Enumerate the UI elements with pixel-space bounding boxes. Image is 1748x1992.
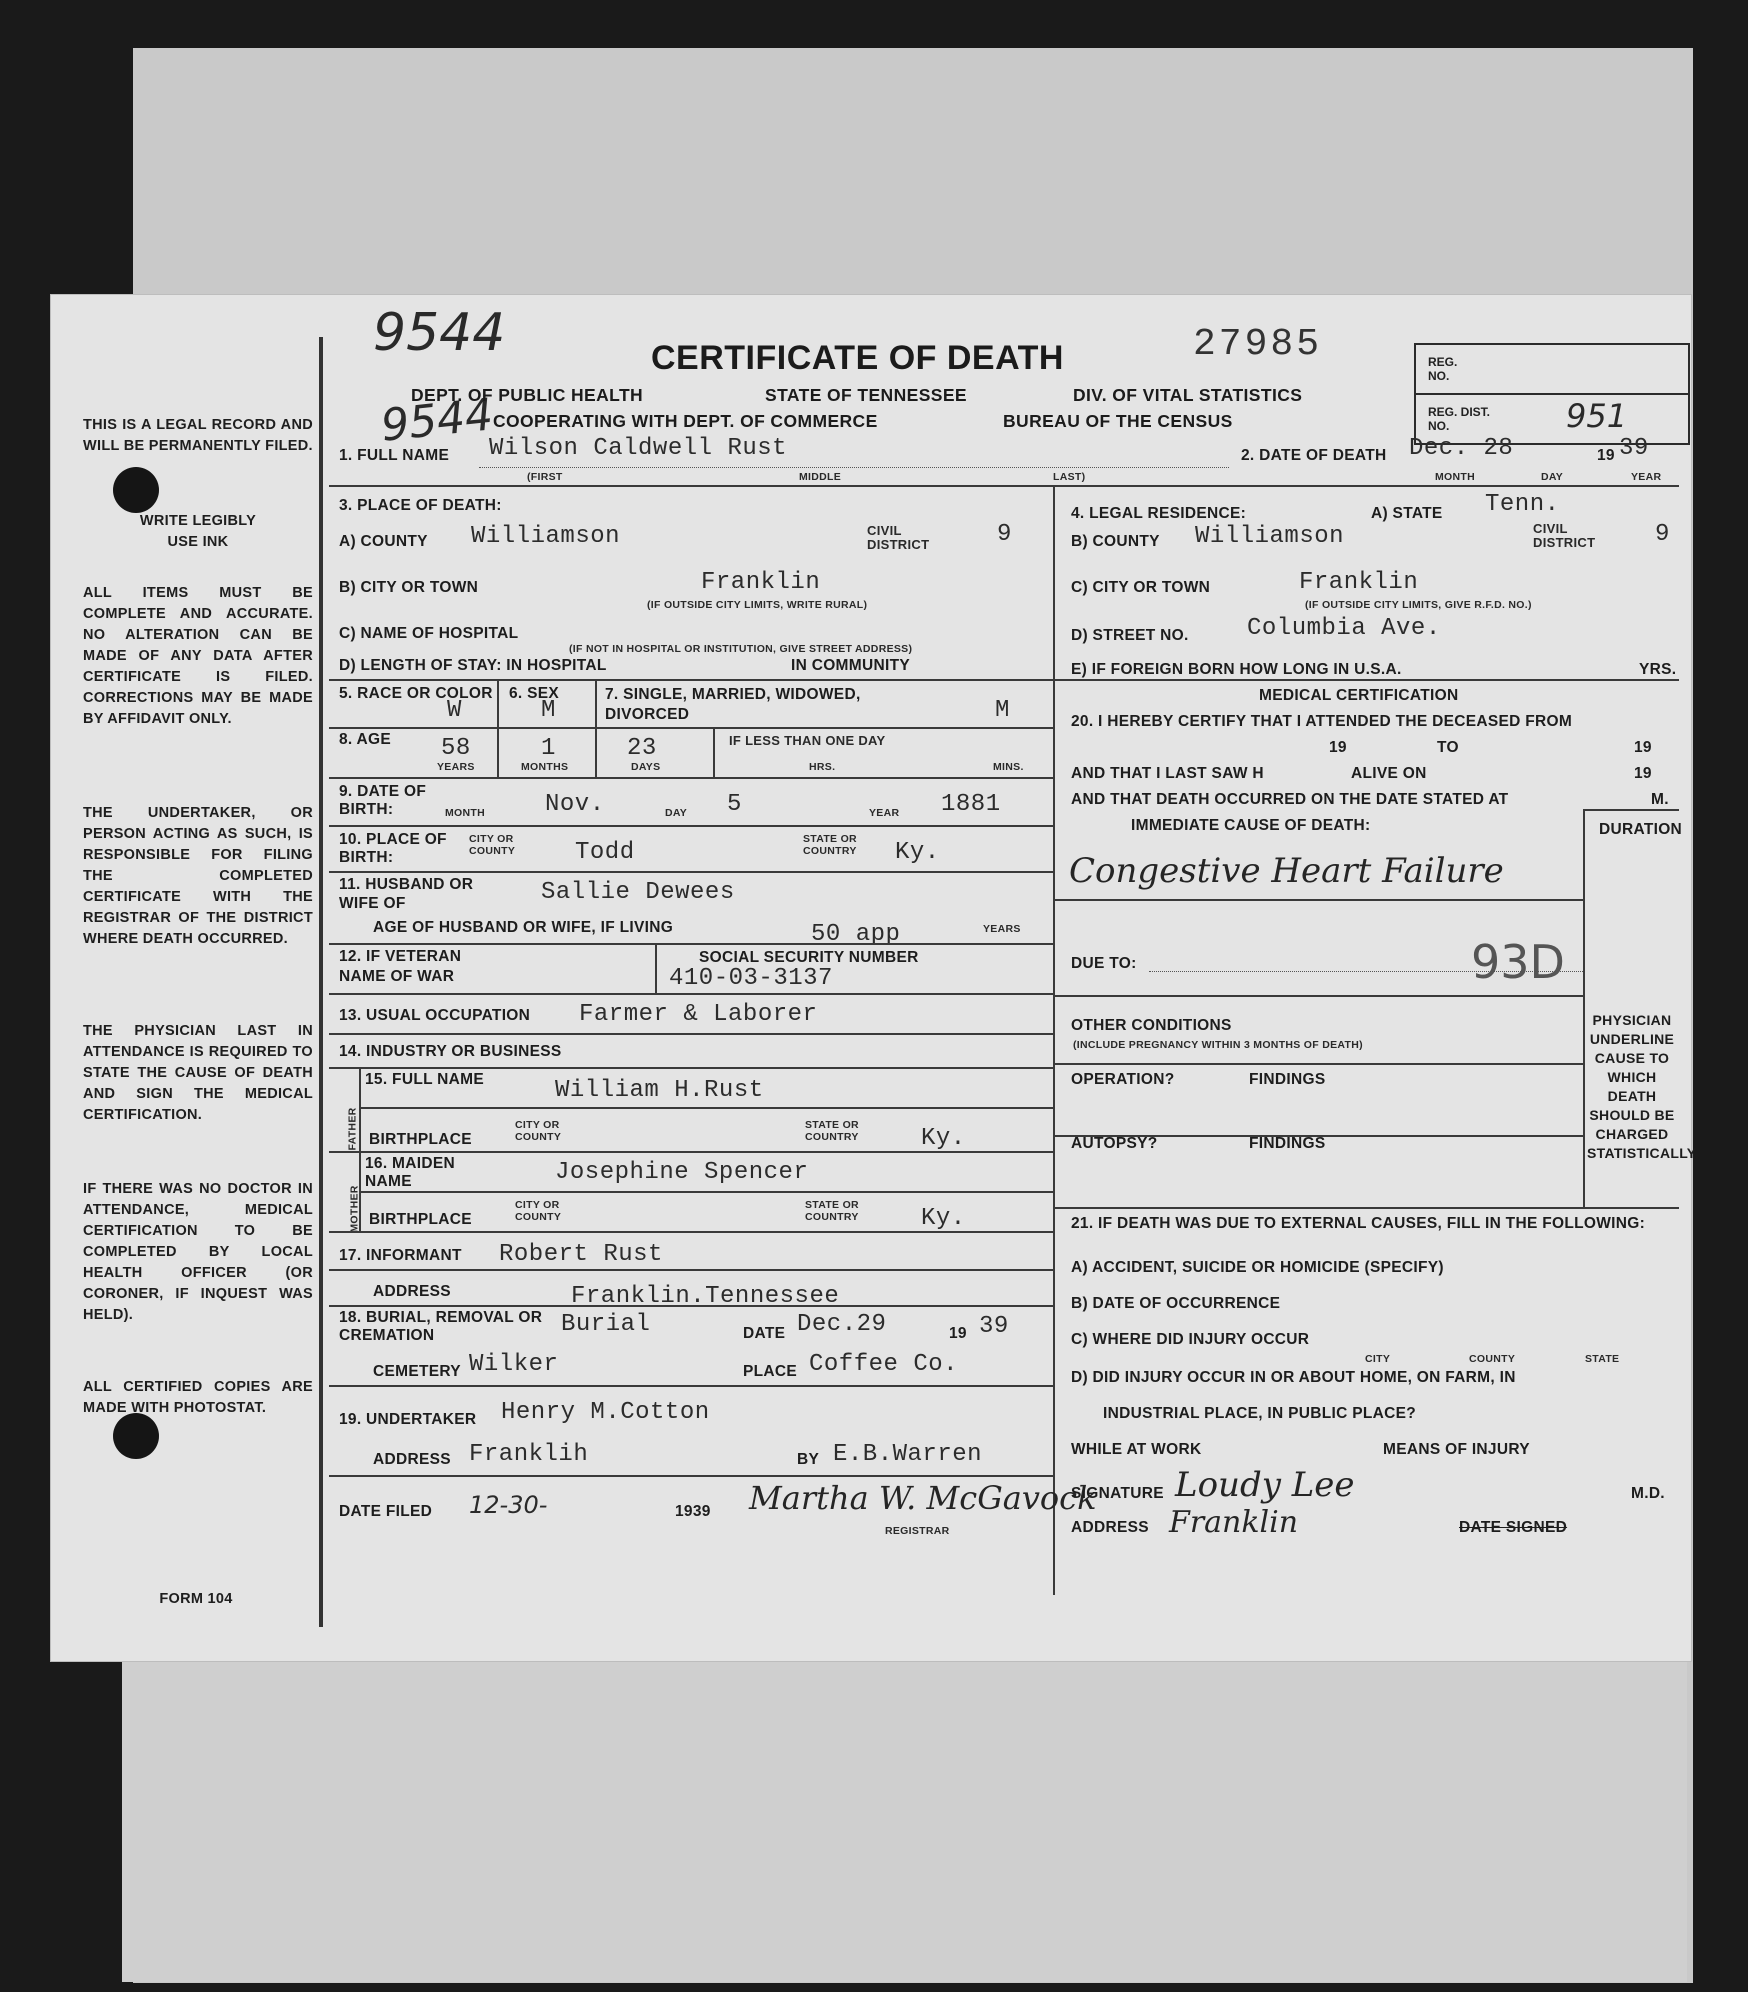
operation-findings-label: FINDINGS (1249, 1071, 1325, 1089)
birthplace-label: 10. PLACE OF BIRTH: (339, 831, 449, 867)
undertaker-label: 19. UNDERTAKER (339, 1411, 476, 1429)
instructions-sidebar: THIS IS A LEGAL RECORD AND WILL BE PERMA… (51, 295, 319, 1661)
death-city-note: (IF OUTSIDE CITY LIMITS, WRITE RURAL) (647, 599, 867, 611)
street-label: D) STREET NO. (1071, 627, 1189, 645)
cooperating-commerce: COOPERATING WITH DEPT. OF COMMERCE (493, 411, 878, 432)
state-of-tennessee: STATE OF TENNESSEE (765, 385, 967, 406)
death-certificate: THIS IS A LEGAL RECORD AND WILL BE PERMA… (50, 294, 1692, 1662)
rule (329, 727, 1053, 729)
operation-label: OPERATION? (1071, 1071, 1174, 1089)
state-country-caption: STATE OR COUNTRY (805, 1199, 875, 1223)
from-year-prefix: 19 (1329, 739, 1347, 757)
father-tag: FATHER (347, 1107, 359, 1150)
age-days-value: 23 (627, 735, 657, 762)
undertaker-by-value: E.B.Warren (833, 1441, 982, 1468)
rule (329, 679, 1053, 681)
date-signed-label: DATE SIGNED (1459, 1519, 1567, 1537)
burial-place-value: Coffee Co. (809, 1351, 958, 1378)
father-name-label: 15. FULL NAME (365, 1071, 505, 1089)
registration-box: REG. NO. REG. DIST. NO. 951 (1414, 343, 1690, 445)
punch-hole-bottom (113, 1413, 159, 1459)
rule (713, 727, 715, 777)
rule (329, 1305, 1053, 1307)
full-name-label: 1. FULL NAME (339, 447, 449, 465)
undertaker-address-label: ADDRESS (373, 1451, 451, 1469)
year-caption: YEAR (1631, 471, 1661, 483)
rule (329, 1231, 1053, 1233)
middle-caption: MIDDLE (799, 471, 841, 483)
date-filed-value: 12-30- (469, 1491, 547, 1519)
city-county-caption: CITY OR COUNTY (469, 833, 529, 857)
father-birth-state-value: Ky. (921, 1125, 966, 1152)
district-label: DISTRICT (1533, 535, 1595, 550)
rule (359, 1191, 1053, 1193)
physician-underline-note: PHYSICIAN UNDERLINE CAUSE TO WHICH DEATH… (1587, 1011, 1677, 1163)
file-number-top: 9544 (373, 303, 505, 363)
rule (329, 1269, 1053, 1271)
signature-label: SIGNATURE (1071, 1485, 1164, 1503)
birth-year-value: 1881 (941, 791, 1001, 818)
autopsy-label: AUTOPSY? (1071, 1135, 1158, 1153)
registrar-caption: REGISTRAR (885, 1525, 950, 1537)
physician-signature: Loudy Lee (1175, 1465, 1355, 1505)
reg-dist-label: REG. DIST. NO. (1428, 405, 1508, 433)
father-name-value: William H.Rust (555, 1077, 764, 1104)
reg-dist-value: 951 (1566, 397, 1627, 435)
first-caption: (FIRST (527, 471, 563, 483)
external-causes-label: 21. IF DEATH WAS DUE TO EXTERNAL CAUSES,… (1071, 1215, 1671, 1233)
rule (329, 1067, 1053, 1069)
informant-label: 17. INFORMANT (339, 1247, 462, 1265)
marital-status-label: 7. SINGLE, MARRIED, WIDOWED, DIVORCED (605, 685, 885, 725)
year-prefix: 19 (1597, 447, 1615, 465)
attended-from-label: 20. I HEREBY CERTIFY THAT I ATTENDED THE… (1071, 713, 1572, 731)
day-caption: DAY (665, 807, 687, 819)
years-caption: YEARS (983, 923, 1021, 935)
disposition-value: Burial (561, 1311, 650, 1338)
rule (595, 679, 597, 727)
state-country-caption: STATE OR COUNTRY (805, 1119, 875, 1143)
veteran-label: 12. IF VETERAN NAME OF WAR (339, 947, 479, 987)
occupation-value: Farmer & Laborer (579, 1001, 817, 1028)
burial-date-value: Dec.29 (797, 1311, 886, 1338)
death-county-value: Williamson (471, 523, 620, 550)
last-caption: LAST) (1053, 471, 1085, 483)
year-caption: YEAR (869, 807, 899, 819)
birth-county-value: Todd (575, 839, 635, 866)
day-caption: DAY (1541, 471, 1563, 483)
rule (655, 943, 657, 993)
burial-year-prefix: 19 (949, 1325, 967, 1343)
residence-state-label: A) STATE (1371, 505, 1443, 523)
undertaker-value: Henry M.Cotton (501, 1399, 710, 1426)
other-conditions-note: (INCLUDE PREGNANCY WITHIN 3 MONTHS OF DE… (1073, 1039, 1363, 1051)
residence-city-note: (IF OUTSIDE CITY LIMITS, GIVE R.F.D. NO.… (1305, 599, 1532, 611)
alive-on-label: ALIVE ON (1351, 765, 1427, 783)
race-label: 5. RACE OR COLOR (339, 685, 493, 703)
rule (329, 777, 1053, 779)
death-city-value: Franklin (701, 569, 820, 596)
county-caption: COUNTY (1469, 1353, 1515, 1365)
burial-place-label: PLACE (743, 1363, 797, 1381)
street-value: Columbia Ave. (1247, 615, 1441, 642)
physician-address-value: Franklin (1169, 1505, 1298, 1540)
age-label: 8. AGE (339, 731, 391, 749)
rule (1583, 809, 1585, 1207)
years-caption: YEARS (437, 761, 475, 773)
no-doctor-note: IF THERE WAS NO DOCTOR IN ATTENDANCE, ME… (83, 1179, 313, 1326)
while-at-work-label: WHILE AT WORK (1071, 1441, 1201, 1459)
rule (1053, 679, 1679, 681)
rule (329, 485, 1679, 487)
rule (329, 1151, 1053, 1153)
length-of-stay-label: D) LENGTH OF STAY: IN HOSPITAL (339, 657, 607, 675)
less-than-day-caption: IF LESS THAN ONE DAY (729, 733, 885, 748)
due-to-label: DUE TO: (1071, 955, 1137, 973)
state-country-caption: STATE OR COUNTRY (803, 833, 873, 857)
registrar-signature: Martha W. McGavock (749, 1479, 1096, 1517)
immediate-cause-label: IMMEDIATE CAUSE OF DEATH: (1131, 817, 1370, 835)
rule (479, 467, 1229, 468)
death-occurred-label: AND THAT DEATH OCCURRED ON THE DATE STAT… (1071, 791, 1508, 809)
injury-place-label-2: INDUSTRIAL PLACE, IN PUBLIC PLACE? (1103, 1405, 1416, 1423)
residence-county-label: B) COUNTY (1071, 533, 1160, 551)
certificate-form: 1. FULL NAME Wilson Caldwell Rust (FIRST… (329, 435, 1679, 1635)
spouse-label: 11. HUSBAND OR WIFE OF (339, 875, 499, 913)
rule (595, 727, 597, 777)
month-caption: MONTH (445, 807, 485, 819)
hrs-caption: HRS. (809, 761, 835, 773)
undertaker-address-value: Franklih (469, 1441, 588, 1468)
immediate-cause-value: Congestive Heart Failure (1069, 851, 1504, 891)
by-label: BY (797, 1451, 819, 1469)
rule (329, 1385, 1053, 1387)
city-county-caption: CITY OR COUNTY (515, 1119, 575, 1143)
informant-address-label: ADDRESS (373, 1283, 451, 1301)
mins-caption: MINS. (993, 761, 1024, 773)
statistical-code: 93D (1471, 935, 1565, 989)
physician-address-label: ADDRESS (1071, 1519, 1149, 1537)
residence-state-value: Tenn. (1485, 491, 1560, 518)
date-of-occurrence-label: B) DATE OF OCCURRENCE (1071, 1295, 1280, 1313)
mother-name-label: 16. MAIDEN NAME (365, 1155, 505, 1191)
autopsy-findings-label: FINDINGS (1249, 1135, 1325, 1153)
rule (1053, 899, 1583, 901)
birth-day-value: 5 (727, 791, 742, 818)
mother-name-value: Josephine Spencer (555, 1159, 808, 1186)
bureau-of-census: BUREAU OF THE CENSUS (1003, 411, 1233, 432)
date-of-death-value: Dec. 28 (1409, 435, 1513, 462)
residence-civil-district-value: 9 (1655, 521, 1670, 548)
death-county-label: A) COUNTY (339, 533, 428, 551)
rule (329, 825, 1053, 827)
physician-note: THE PHYSICIAN LAST IN ATTENDANCE IS REQU… (83, 1021, 313, 1126)
center-divider (1053, 485, 1055, 1595)
residence-county-value: Williamson (1195, 523, 1344, 550)
burial-label: 18. BURIAL, REMOVAL OR CREMATION (339, 1309, 559, 1345)
undertaker-note: THE UNDERTAKER, OR PERSON ACTING AS SUCH… (83, 803, 313, 950)
full-name-value: Wilson Caldwell Rust (489, 435, 787, 462)
div-vital-statistics: DIV. OF VITAL STATISTICS (1073, 385, 1302, 406)
residence-city-label: C) CITY OR TOWN (1071, 579, 1210, 597)
rule (1583, 809, 1679, 811)
reg-no-label: REG. NO. (1428, 355, 1468, 383)
accident-label: A) ACCIDENT, SUICIDE OR HOMICIDE (SPECIF… (1071, 1259, 1444, 1277)
date-of-death-label: 2. DATE OF DEATH (1241, 447, 1386, 465)
sex-value: M (541, 697, 556, 724)
place-of-death-label: 3. PLACE OF DEATH: (339, 497, 502, 515)
write-legibly-note: WRITE LEGIBLY USE INK (123, 511, 273, 553)
in-community-label: IN COMMUNITY (791, 657, 910, 675)
md-label: M.D. (1631, 1485, 1665, 1503)
cemetery-label: CEMETERY (373, 1363, 461, 1381)
death-city-label: B) CITY OR TOWN (339, 579, 478, 597)
date-filed-label: DATE FILED (339, 1503, 432, 1521)
injury-location-label: C) WHERE DID INJURY OCCUR (1071, 1331, 1309, 1349)
months-caption: MONTHS (521, 761, 568, 773)
informant-value: Robert Rust (499, 1241, 663, 1268)
occupation-label: 13. USUAL OCCUPATION (339, 1007, 530, 1025)
ssn-value: 410-03-3137 (669, 965, 833, 992)
duration-label: DURATION (1599, 821, 1682, 839)
district-label: DISTRICT (867, 537, 929, 552)
residence-city-value: Franklin (1299, 569, 1418, 596)
backing-sheet-lower (122, 1660, 1687, 1982)
means-of-injury-label: MEANS OF INJURY (1383, 1441, 1530, 1459)
to-year-prefix: 19 (1634, 739, 1652, 757)
all-items-note: ALL ITEMS MUST BE COMPLETE AND ACCURATE.… (83, 583, 313, 730)
foreign-born-label: E) IF FOREIGN BORN HOW LONG IN U.S.A. (1071, 661, 1402, 679)
mother-birthplace-label: BIRTHPLACE (369, 1211, 472, 1229)
rule (329, 993, 1053, 995)
rule (329, 943, 1053, 945)
burial-date-label: DATE (743, 1325, 785, 1343)
cemetery-value: Wilker (469, 1351, 558, 1378)
rule (329, 871, 1053, 873)
legal-residence-label: 4. LEGAL RESIDENCE: (1071, 505, 1246, 523)
marital-status-value: M (995, 697, 1010, 724)
alive-year-prefix: 19 (1634, 765, 1652, 783)
hospital-note: (IF NOT IN HOSPITAL OR INSTITUTION, GIVE… (569, 643, 912, 655)
other-conditions-label: OTHER CONDITIONS (1071, 1017, 1232, 1035)
civil-label: CIVIL (867, 523, 902, 538)
yrs-label: YRS. (1639, 661, 1676, 679)
rule (1053, 995, 1583, 997)
dept-public-health: DEPT. OF PUBLIC HEALTH (411, 385, 643, 406)
city-caption: CITY (1365, 1353, 1390, 1365)
civil-label: CIVIL (1533, 521, 1568, 536)
injury-place-label: D) DID INJURY OCCUR IN OR ABOUT HOME, ON… (1071, 1369, 1516, 1387)
rule (497, 727, 499, 777)
month-caption: MONTH (1435, 471, 1475, 483)
last-saw-label: AND THAT I LAST SAW H (1071, 765, 1264, 783)
state-caption: STATE (1585, 1353, 1619, 1365)
rule (359, 1107, 1053, 1109)
certificate-number: 27985 (1193, 323, 1322, 366)
date-filed-year: 1939 (675, 1503, 711, 1521)
dob-label: 9. DATE OF BIRTH: (339, 783, 439, 819)
rule (329, 1033, 1053, 1035)
photostat-note: ALL CERTIFIED COPIES ARE MADE WITH PHOTO… (83, 1377, 313, 1419)
burial-year-value: 39 (979, 1313, 1009, 1340)
age-months-value: 1 (541, 735, 556, 762)
death-civil-district-value: 9 (997, 521, 1012, 548)
date-of-death-year: 39 (1619, 435, 1649, 462)
spouse-name-value: Sallie Dewees (541, 879, 735, 906)
rule (329, 1475, 1053, 1477)
form-number: FORM 104 (131, 1589, 261, 1610)
rule (1053, 1207, 1679, 1209)
sidebar-divider (319, 337, 323, 1627)
city-county-caption: CITY OR COUNTY (515, 1199, 575, 1223)
days-caption: DAYS (631, 761, 660, 773)
certificate-title: CERTIFICATE OF DEATH (651, 339, 1064, 378)
to-label: TO (1437, 739, 1459, 757)
race-value: W (447, 697, 462, 724)
father-birthplace-label: BIRTHPLACE (369, 1131, 472, 1149)
hospital-label: C) NAME OF HOSPITAL (339, 625, 518, 643)
mother-birth-state-value: Ky. (921, 1205, 966, 1232)
spouse-age-label: AGE OF HUSBAND OR WIFE, IF LIVING (373, 919, 673, 937)
age-years-value: 58 (441, 735, 471, 762)
industry-label: 14. INDUSTRY OR BUSINESS (339, 1043, 562, 1061)
m-label: M. (1651, 791, 1669, 809)
legal-record-note: THIS IS A LEGAL RECORD AND WILL BE PERMA… (83, 415, 313, 457)
punch-hole-top (113, 467, 159, 513)
rule (1053, 1063, 1583, 1065)
medical-certification-heading: MEDICAL CERTIFICATION (1259, 687, 1458, 705)
birth-month-value: Nov. (545, 791, 605, 818)
birth-state-value: Ky. (895, 839, 940, 866)
rule (497, 679, 499, 727)
